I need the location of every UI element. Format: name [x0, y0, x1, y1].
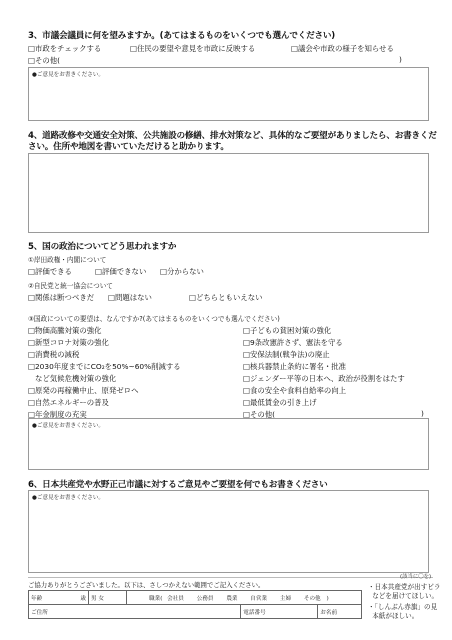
q5-sub3-right-option[interactable]: 核兵器禁止条約に署名・批准 [243, 361, 346, 372]
q6-title: 6、日本共産党や水野正己市議に対するご意見やご要望を何でもお書きください [28, 478, 328, 490]
q5-sub3-right-option[interactable]: 食の安全や食料自給率の向上 [243, 385, 346, 396]
name-label: お名前 [320, 610, 337, 616]
checkbox-icon[interactable] [160, 267, 167, 276]
q3-title: 3、市議会議員に何を望みますか。(あてはまるものをいくつでも選んでください) [28, 29, 335, 41]
q6-comment-hint: ●ご意見をお書きください。 [32, 493, 104, 501]
footer-note: (該当に〇を) [400, 572, 431, 580]
checkbox-icon[interactable] [28, 293, 35, 302]
q5-sub3-left-option[interactable]: 消費税の減税 [28, 349, 79, 360]
q5-sub1-option-disapprove[interactable]: 評価できない [95, 266, 146, 277]
checkbox-icon[interactable] [95, 267, 102, 276]
q6-comment-box[interactable]: ●ご意見をお書きください。 [28, 490, 429, 573]
occupation-option[interactable]: その他 [304, 596, 321, 602]
respondent-info-table: 年齢 歳 男 女 職業( 会社員 公務員 農業 自営業 主婦 その他 ) ご住所… [28, 590, 362, 619]
q5-comment-box[interactable]: ●ご意見をお書きください。 [28, 418, 429, 470]
q5-sub3-right-option[interactable]: 子どもの貧困対策の強化 [243, 325, 331, 336]
q3-option-inform-council[interactable]: 議会や市政の様子を知らせる [291, 43, 394, 54]
checkbox-icon[interactable] [130, 44, 137, 53]
q5-sub3-left-option[interactable]: 2030年度までにCO₂を50%~60%削減する [28, 361, 181, 372]
q3-other-close: ) [399, 55, 402, 64]
q5-sub1-option-approve[interactable]: 評価できる [28, 266, 72, 277]
q3-option-check-city[interactable]: 市政をチェックする [28, 43, 101, 54]
checkbox-icon[interactable] [28, 386, 35, 395]
request-akahata-cont: 本紙がほしい。 [368, 612, 441, 621]
q3-option-other[interactable]: その他( [28, 55, 60, 66]
q5-sub3-right-option[interactable]: 9条改憲許さず、憲法を守る [243, 337, 343, 348]
occupation-option[interactable]: 農業 [226, 596, 237, 602]
occupation-cell[interactable]: 職業( 会社員 公務員 農業 自営業 主婦 その他 ) [127, 591, 362, 605]
request-akahata[interactable]: ・「しんぶん赤旗」の見 [368, 603, 441, 612]
request-list: ・日本共産党が出すビラ などを届けてほしい。 ・「しんぶん赤旗」の見 本紙がほし… [368, 583, 441, 621]
checkbox-icon[interactable] [108, 293, 115, 302]
gender-cell[interactable]: 男 女 [89, 591, 127, 605]
q5-title: 5、国の政治についてどう思われますか [28, 240, 176, 252]
q5-sub1-option-unknown[interactable]: 分からない [160, 266, 204, 277]
address-label: ご住所 [31, 610, 48, 616]
checkbox-icon[interactable] [28, 267, 35, 276]
checkbox-icon[interactable] [28, 326, 35, 335]
occupation-option[interactable]: 自営業 [250, 596, 267, 602]
checkbox-icon[interactable] [28, 362, 35, 371]
q4-title-line2: さい。住所や地図を書いていただけると助かります。 [28, 140, 229, 152]
q5-sub3-left-option-continued: など気候危機対策の強化 [35, 373, 116, 384]
q5-sub3-left-option[interactable]: 新型コロナ対策の強化 [28, 337, 109, 348]
q5-sub1-label: ①岸田政権・内閣について [28, 254, 106, 264]
q3-comment-hint: ●ご意見をお書きください。 [32, 70, 104, 78]
age-unit: 歳 [80, 594, 86, 602]
occupation-option[interactable]: 公務員 [197, 596, 214, 602]
q5-sub2-label: ②自民党と統一協会について [28, 280, 113, 290]
checkbox-icon[interactable] [291, 44, 298, 53]
checkbox-icon[interactable] [243, 350, 250, 359]
q5-sub3-right-option[interactable]: 安保法制(戦争法)の廃止 [243, 349, 330, 360]
checkbox-icon[interactable] [28, 44, 35, 53]
q5-sub2-option-no-problem[interactable]: 問題はない [108, 292, 152, 303]
checkbox-icon[interactable] [28, 398, 35, 407]
age-cell[interactable]: 年齢 歳 [29, 591, 89, 605]
footer-divider [28, 577, 433, 578]
checkbox-icon[interactable] [189, 293, 196, 302]
q5-sub3-label: ③国政についての要望は、なんですか?(あてはまるものをいくつでも選んでください) [28, 313, 280, 323]
request-flyer-cont: などを届けてほしい。 [368, 592, 441, 601]
q5-sub3-left-option[interactable]: 物価高騰対策の強化 [28, 325, 102, 336]
occupation-option[interactable]: 会社員 [167, 596, 184, 602]
checkbox-icon[interactable] [243, 338, 250, 347]
q5-sub3-right-option[interactable]: ジェンダー平等の日本へ、政治が役割をはたす [243, 373, 405, 384]
age-label: 年齢 [31, 596, 42, 602]
q4-comment-box[interactable] [28, 153, 429, 233]
footer-thanks: ご協力ありがとうございました。以下は、さしつかえない範囲でご記入ください。 [28, 580, 264, 589]
q5-comment-hint: ●ご意見をお書きください。 [32, 421, 104, 429]
name-cell[interactable]: お名前 [318, 605, 362, 619]
q3-option-reflect-opinions[interactable]: 住民の要望や意見を市政に反映する [130, 43, 255, 54]
phone-cell[interactable]: 電話番号 [241, 605, 318, 619]
phone-label: 電話番号 [243, 610, 265, 616]
q5-sub3-left-option[interactable]: 原発の再稼働中止、原発ゼロへ [28, 385, 138, 396]
occupation-label: 職業( [149, 596, 162, 602]
checkbox-icon[interactable] [243, 362, 250, 371]
q5-sub3-right-option[interactable]: 最低賃金の引き上げ [243, 397, 317, 408]
q5-sub3-left-option[interactable]: 自然エネルギーの普及 [28, 397, 109, 408]
q5-other-close: ) [421, 409, 424, 418]
q3-comment-box[interactable]: ●ご意見をお書きください。 [28, 67, 429, 121]
table-row: 年齢 歳 男 女 職業( 会社員 公務員 農業 自営業 主婦 その他 ) [29, 591, 362, 605]
checkbox-icon[interactable] [28, 338, 35, 347]
request-flyer[interactable]: ・日本共産党が出すビラ [368, 583, 441, 592]
occupation-option[interactable]: 主婦 [280, 596, 291, 602]
checkbox-icon[interactable] [243, 374, 250, 383]
address-cell[interactable]: ご住所 [29, 605, 241, 619]
checkbox-icon[interactable] [243, 386, 250, 395]
table-row: ご住所 電話番号 お名前 [29, 605, 362, 619]
checkbox-icon[interactable] [243, 326, 250, 335]
checkbox-icon[interactable] [243, 398, 250, 407]
checkbox-icon[interactable] [28, 56, 35, 65]
q5-sub2-option-neither[interactable]: どちらともいえない [189, 292, 263, 303]
q5-sub2-option-cut-ties[interactable]: 関係は断つべきだ [28, 292, 94, 303]
checkbox-icon[interactable] [28, 350, 35, 359]
occupation-close: ) [326, 596, 328, 602]
